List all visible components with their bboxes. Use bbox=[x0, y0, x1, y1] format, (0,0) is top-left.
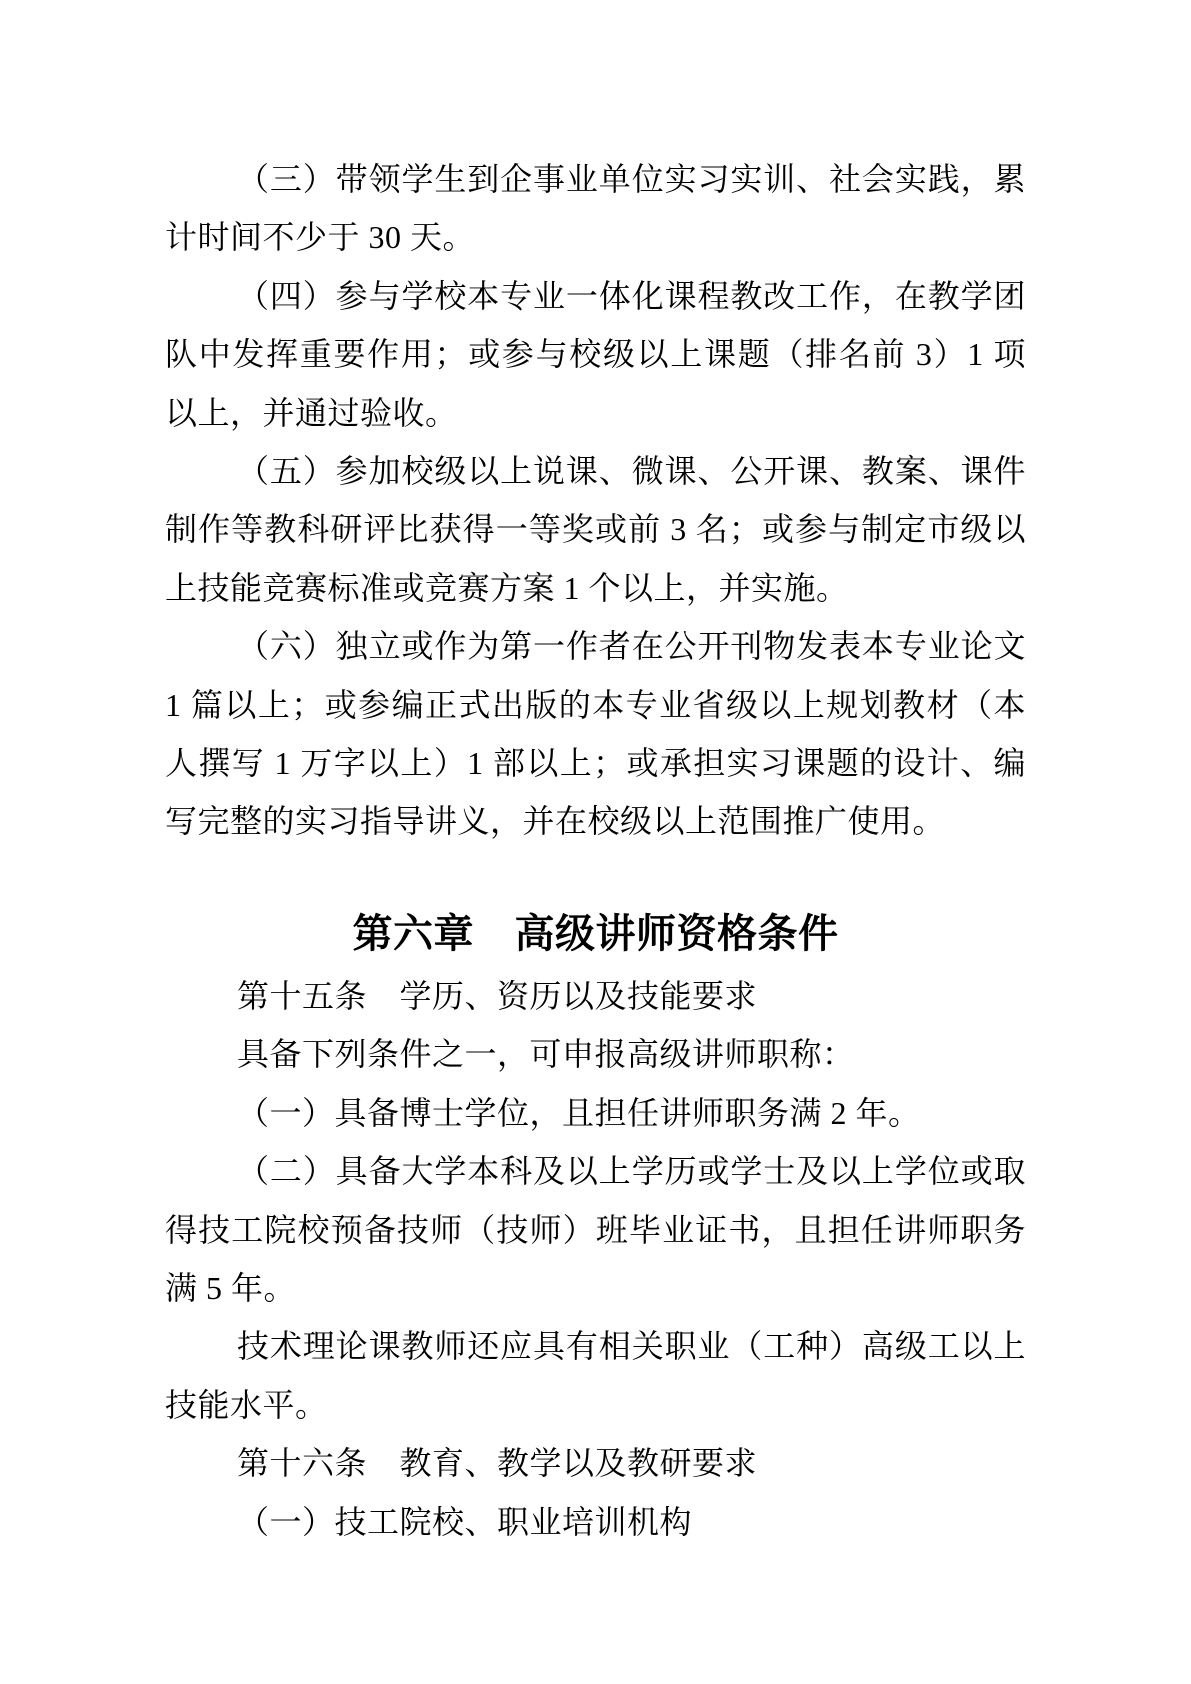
text-line: （一）具备博士学位，且担任讲师职务满 2 年。 bbox=[165, 1084, 1026, 1142]
text-line: （一）技工院校、职业培训机构 bbox=[165, 1493, 1026, 1551]
paragraph: （三）带领学生到企事业单位实习实训、社会实践，累计时间不少于 30 天。 bbox=[165, 150, 1026, 267]
text-line: （三）带领学生到企事业单位实习实训、社会实践，累 bbox=[165, 150, 1026, 208]
text-line: 队中发挥重要作用；或参与校级以上课题（排名前 3）1 项 bbox=[165, 325, 1026, 383]
text-line: 技术理论课教师还应具有相关职业（工种）高级工以上 bbox=[165, 1317, 1026, 1375]
text-line: 以上，并通过验收。 bbox=[165, 384, 1026, 442]
document-body: （三）带领学生到企事业单位实习实训、社会实践，累计时间不少于 30 天。（四）参… bbox=[165, 150, 1026, 1551]
text-line: 满 5 年。 bbox=[165, 1259, 1026, 1317]
chapter-heading: 第六章 高级讲师资格条件 bbox=[165, 903, 1026, 965]
text-line: 人撰写 1 万字以上）1 部以上；或承担实习课题的设计、编 bbox=[165, 734, 1026, 792]
text-line: 写完整的实习指导讲义，并在校级以上范围推广使用。 bbox=[165, 792, 1026, 850]
text-line: 上技能竞赛标准或竞赛方案 1 个以上，并实施。 bbox=[165, 559, 1026, 617]
paragraph: （五）参加校级以上说课、微课、公开课、教案、课件制作等教科研评比获得一等奖或前 … bbox=[165, 442, 1026, 617]
document-page: （三）带领学生到企事业单位实习实训、社会实践，累计时间不少于 30 天。（四）参… bbox=[0, 0, 1191, 1684]
text-line: 制作等教科研评比获得一等奖或前 3 名；或参与制定市级以 bbox=[165, 500, 1026, 558]
text-line: （四）参与学校本专业一体化课程教改工作，在教学团 bbox=[165, 267, 1026, 325]
paragraph: 第十六条 教育、教学以及教研要求 bbox=[165, 1434, 1026, 1492]
text-line: 第十六条 教育、教学以及教研要求 bbox=[165, 1434, 1026, 1492]
text-line: （二）具备大学本科及以上学历或学士及以上学位或取 bbox=[165, 1142, 1026, 1200]
text-line: 第十五条 学历、资历以及技能要求 bbox=[165, 967, 1026, 1025]
text-line: （五）参加校级以上说课、微课、公开课、教案、课件 bbox=[165, 442, 1026, 500]
paragraph: （二）具备大学本科及以上学历或学士及以上学位或取得技工院校预备技师（技师）班毕业… bbox=[165, 1142, 1026, 1317]
paragraph: 第十五条 学历、资历以及技能要求 bbox=[165, 967, 1026, 1025]
paragraph: 具备下列条件之一，可申报高级讲师职称： bbox=[165, 1025, 1026, 1083]
paragraph: （四）参与学校本专业一体化课程教改工作，在教学团队中发挥重要作用；或参与校级以上… bbox=[165, 267, 1026, 442]
text-line: 1 篇以上；或参编正式出版的本专业省级以上规划教材（本 bbox=[165, 676, 1026, 734]
text-line: 得技工院校预备技师（技师）班毕业证书，且担任讲师职务 bbox=[165, 1201, 1026, 1259]
paragraph: （一）具备博士学位，且担任讲师职务满 2 年。 bbox=[165, 1084, 1026, 1142]
paragraph: （一）技工院校、职业培训机构 bbox=[165, 1493, 1026, 1551]
chapter-heading-text: 第六章 高级讲师资格条件 bbox=[165, 903, 1026, 965]
text-line: 具备下列条件之一，可申报高级讲师职称： bbox=[165, 1025, 1026, 1083]
text-line: 计时间不少于 30 天。 bbox=[165, 208, 1026, 266]
text-line: 技能水平。 bbox=[165, 1376, 1026, 1434]
text-line: （六）独立或作为第一作者在公开刊物发表本专业论文 bbox=[165, 617, 1026, 675]
paragraph: （六）独立或作为第一作者在公开刊物发表本专业论文1 篇以上；或参编正式出版的本专… bbox=[165, 617, 1026, 851]
paragraph: 技术理论课教师还应具有相关职业（工种）高级工以上技能水平。 bbox=[165, 1317, 1026, 1434]
